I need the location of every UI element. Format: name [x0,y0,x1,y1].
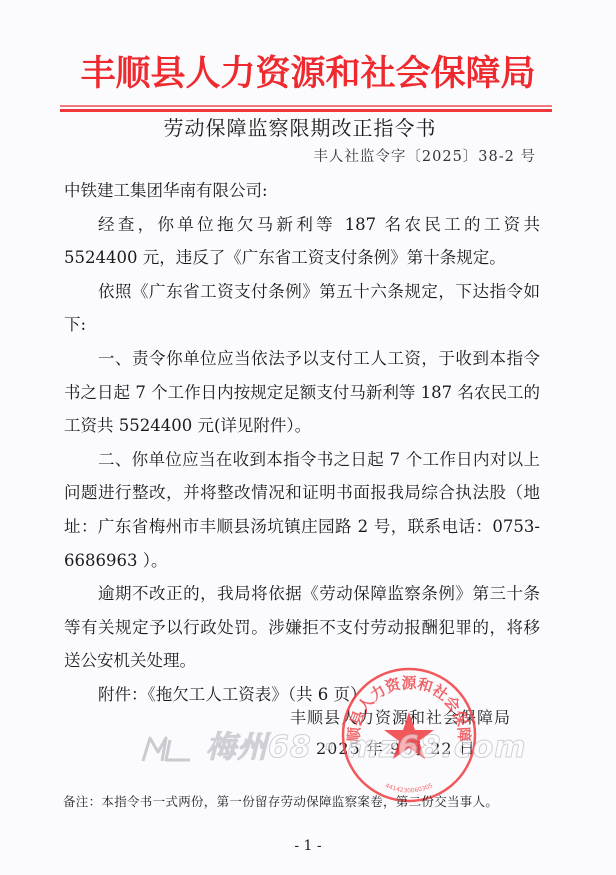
page-number: - 1 - [0,836,616,856]
document-number: 丰人社监令字〔2025〕38-2 号 [313,146,536,168]
document-title: 劳动保障监察限期改正指令书 [0,114,600,142]
issuing-authority-title: 丰顺县人力资源和社会保障局 [0,52,616,96]
remark-note: 备注：本指令书一式两份，第一份留存劳动保障监察案卷，第二份交当事人。 [63,792,498,812]
watermark-logo-icon [140,734,196,764]
paragraph-legal-basis: 依照《广东省工资支付条例》第五十六条规定，下达指令如下: [64,275,540,342]
document-page: 丰顺县人力资源和社会保障局 劳动保障监察限期改正指令书 丰人社监令字〔2025〕… [0,0,616,875]
paragraph-order-1: 一、责令你单位应当依法予以支付工人工资，于收到本指令书之日起 7 个工作日内按规… [64,342,540,443]
signature-date: 2025 年 9 月 22 日 [290,733,550,764]
paragraph-findings: 经查，你单位拖欠马新利等 187 名农民工的工资共 5524400 元，违反了《… [64,208,540,275]
addressee: 中铁建工集团华南有限公司: [64,174,540,208]
header-rule-thick [60,109,552,112]
paragraph-order-2: 二、你单位应当在收到本指令书之日起 7 个工作日内对以上问题进行整改，并将整改情… [64,443,540,577]
document-body: 中铁建工集团华南有限公司: 经查，你单位拖欠马新利等 187 名农民工的工资共 … [64,174,540,712]
signature-org: 丰顺县人力资源和社会保障局 [290,702,550,733]
header-rule-thin [60,105,552,107]
signature-block: 丰顺县人力资源和社会保障局 2025 年 9 月 22 日 [290,702,550,764]
paragraph-penalty: 逾期不改正的，我局将依据《劳动保障监察条例》第三十条等有关规定予以行政处罚。涉嫌… [64,577,540,678]
